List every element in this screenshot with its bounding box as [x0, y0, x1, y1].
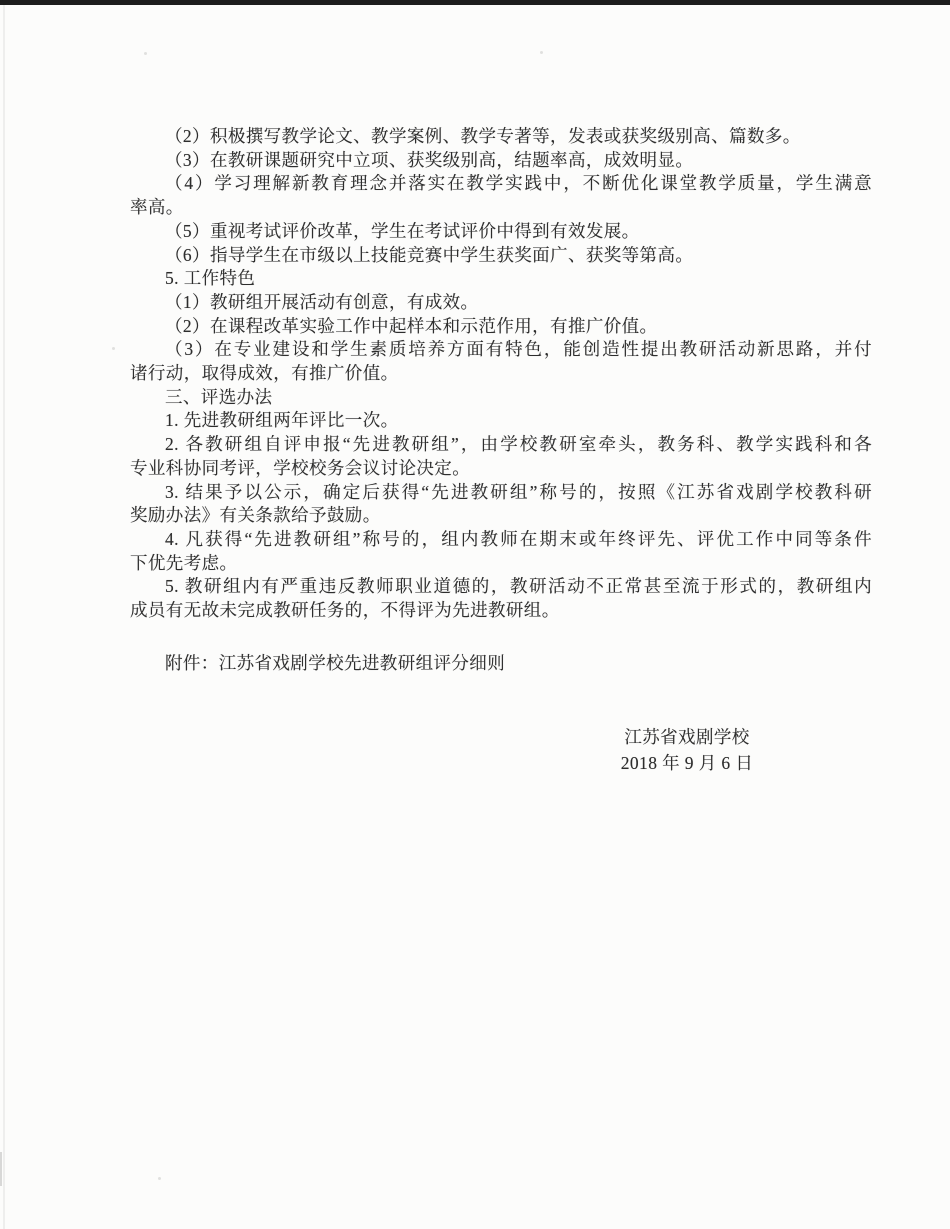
scan-edge-artifact-left — [3, 5, 5, 1229]
scan-edge-artifact-bottom-left — [0, 1152, 2, 1186]
scan-speck — [144, 52, 147, 55]
text-line: （6）指导学生在市级以上技能竞赛中学生获奖面广、获奖等第高。 — [130, 244, 872, 268]
signature-date: 2018 年 9 月 6 日 — [616, 750, 758, 776]
text-line: （1）教研组开展活动有创意，有成效。 — [130, 291, 872, 315]
scan-speck — [112, 347, 115, 350]
scan-edge-artifact-top — [0, 0, 950, 5]
text-line: （4）学习理解新教育理念并落实在教学实践中，不断优化课堂教学质量，学生满意 — [130, 172, 872, 196]
text-line: （2）在课程改革实验工作中起样本和示范作用，有推广价值。 — [130, 315, 872, 339]
text-line: （3）在教研课题研究中立项、获奖级别高，结题率高，成效明显。 — [130, 149, 872, 173]
scan-speck — [158, 1177, 161, 1180]
document-body: （2）积极撰写教学论文、教学案例、教学专著等，发表或获奖级别高、篇数多。（3）在… — [130, 125, 872, 675]
scanned-document-page: （2）积极撰写教学论文、教学案例、教学专著等，发表或获奖级别高、篇数多。（3）在… — [0, 0, 950, 1229]
text-line: 5. 教研组内有严重违反教师职业道德的，教研活动不正常甚至流于形式的，教研组内 — [130, 575, 872, 599]
text-line: 奖励办法》有关条款给予鼓励。 — [130, 504, 872, 528]
text-line: （5）重视考试评价改革，学生在考试评价中得到有效发展。 — [130, 220, 872, 244]
text-line: 专业科协同考评，学校校务会议讨论决定。 — [130, 457, 872, 481]
text-line: 1. 先进教研组两年评比一次。 — [130, 409, 872, 433]
signature-school: 江苏省戏剧学校 — [616, 724, 758, 750]
text-line: 成员有无故未完成教研任务的，不得评为先进教研组。 — [130, 599, 872, 623]
text-line: 诸行动，取得成效，有推广价值。 — [130, 362, 872, 386]
text-line: 5. 工作特色 — [130, 267, 872, 291]
text-line: 附件：江苏省戏剧学校先进教研组评分细则 — [130, 652, 872, 676]
scan-speck — [540, 51, 543, 54]
blank-line — [130, 623, 872, 652]
text-line: （2）积极撰写教学论文、教学案例、教学专著等，发表或获奖级别高、篇数多。 — [130, 125, 872, 149]
text-line: 下优先考虑。 — [130, 552, 872, 576]
text-line: 率高。 — [130, 196, 872, 220]
text-line: 4. 凡获得“先进教研组”称号的，组内教师在期末或年终评先、评优工作中同等条件 — [130, 528, 872, 552]
text-line: （3）在专业建设和学生素质培养方面有特色，能创造性提出教研活动新思路，并付 — [130, 338, 872, 362]
text-line: 3. 结果予以公示，确定后获得“先进教研组”称号的，按照《江苏省戏剧学校教科研 — [130, 481, 872, 505]
signature-block: 江苏省戏剧学校 2018 年 9 月 6 日 — [616, 724, 758, 776]
text-line: 三、评选办法 — [130, 386, 872, 410]
text-line: 2. 各教研组自评申报“先进教研组”，由学校教研室牵头，教务科、教学实践科和各 — [130, 433, 872, 457]
